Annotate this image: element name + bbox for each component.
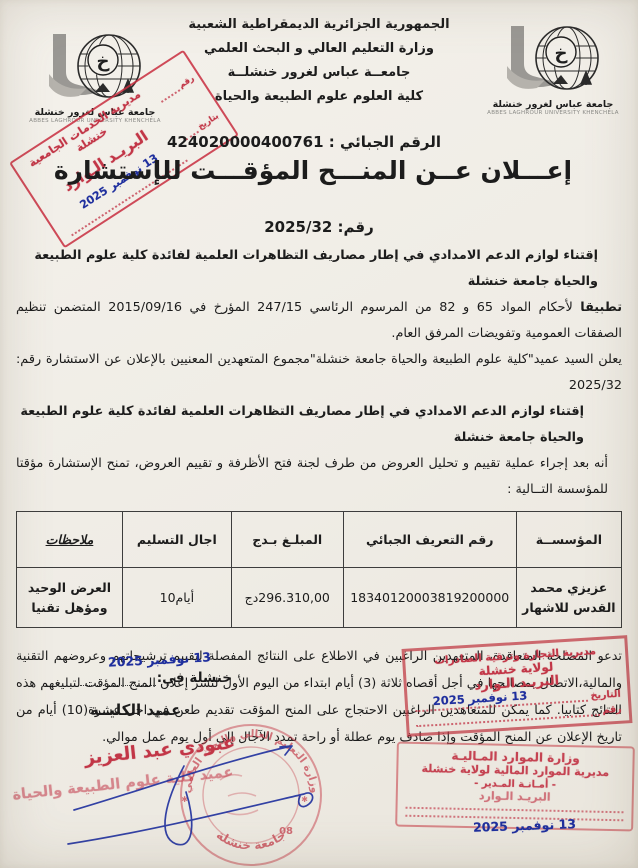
fiscal-number-label: الرقم الجبائي : xyxy=(329,133,441,151)
svg-text:خ: خ xyxy=(555,43,568,64)
legal-basis-lead-word: تطبيقا xyxy=(580,300,622,315)
university-globe-icon: خ xyxy=(493,79,613,98)
dotted-line xyxy=(80,675,156,686)
logo-caption-arabic: جامعة عباس لغرور خنشلة xyxy=(478,99,628,110)
date-stamp-blue: 13 نوفمبر 2025 xyxy=(108,649,212,669)
stamp-number-label: رقم xyxy=(602,704,622,716)
place-label: خنشلة في: xyxy=(157,670,232,686)
table-header-row: المؤسســة رقم التعريف الجبائي المبلـغ بـ… xyxy=(17,512,622,568)
dean-announcement-paragraph: يعلن السيد عميد"كلية علوم الطبيعة والحيا… xyxy=(16,347,622,399)
logo-caption-english: ABBES LAGHROUR UNIVERSITY KHENCHELA xyxy=(478,110,628,116)
header-text: اجال التسليم xyxy=(137,532,217,547)
header-text: المؤسســة xyxy=(536,532,602,547)
col-header-fiscal-id: رقم التعريف الجبائي xyxy=(343,512,516,568)
header-text: رقم التعريف الجبائي xyxy=(366,532,494,547)
dotted-line xyxy=(416,709,600,727)
cell-amount: 296.310,00دج xyxy=(231,568,343,628)
col-header-amount: المبلـغ بـدج xyxy=(231,512,343,568)
cell-delivery-time: 10أيام xyxy=(122,568,231,628)
handwritten-signature-icon xyxy=(66,730,328,858)
evaluation-paragraph: أنه بعد إجراء عملية تقييم و تحليل العروض… xyxy=(16,451,622,503)
stamp-date-label: بتاريخ xyxy=(196,111,220,131)
stamp-date-label: التاريخ xyxy=(590,689,621,702)
legal-basis-text: لأحكام المواد 65 و 82 من المرسوم الرئاسي… xyxy=(16,300,622,341)
fiscal-number-value: 424020000400761 xyxy=(167,133,324,151)
svg-text:خ: خ xyxy=(97,51,110,72)
dean-signature-label: عميد الكليــة xyxy=(90,701,181,719)
subject-line-bold: إقتناء لوازم الدعم الامدادي في إطار مصار… xyxy=(16,243,622,295)
col-header-delivery-time: اجال التسليم xyxy=(122,512,231,568)
subject-line-repeat-bold: إقتناء لوازم الدعم الامدادي في إطار مصار… xyxy=(16,399,622,451)
header-text: ملاحظات xyxy=(46,532,94,547)
provisional-award-table: المؤسســة رقم التعريف الجبائي المبلـغ بـ… xyxy=(16,511,622,628)
table-row: عزيزي محمد القدس للاشهار 183401200038192… xyxy=(17,568,622,628)
header-text: المبلـغ بـدج xyxy=(252,532,322,547)
announcement-number: رقم: 2025/32 xyxy=(0,218,638,236)
legal-basis-paragraph: تطبيقا لأحكام المواد 65 و 82 من المرسوم … xyxy=(16,295,622,347)
university-logo-right: خ جامعة عباس لغرور خنشلة ABBES LAGHROUR … xyxy=(478,22,628,116)
stamp-number-label: رقم xyxy=(177,74,195,90)
cell-institution: عزيزي محمد القدس للاشهار xyxy=(516,568,621,628)
cell-notes: العرض الوحيد ومؤهل تقنيا xyxy=(17,568,123,628)
commerce-directorate-stamp: مديرية التجارة وترقية الصادرات لولاية خن… xyxy=(402,635,633,737)
cell-fiscal-id: 18340120003819200000 xyxy=(343,568,516,628)
page-title: إعـــلان عــن المنـــح المؤقـــت للإستشا… xyxy=(0,156,626,185)
dotted-line xyxy=(159,86,181,103)
scanned-document-page: الجمهورية الجزائرية الديمقراطية الشعبية … xyxy=(0,0,638,868)
fiscal-number-line: الرقم الجبائي : 424020000400761 xyxy=(0,133,608,151)
col-header-notes: ملاحظات xyxy=(17,512,123,568)
col-header-institution: المؤسســة xyxy=(516,512,621,568)
place-and-date-line: خنشلة في: xyxy=(80,670,232,686)
